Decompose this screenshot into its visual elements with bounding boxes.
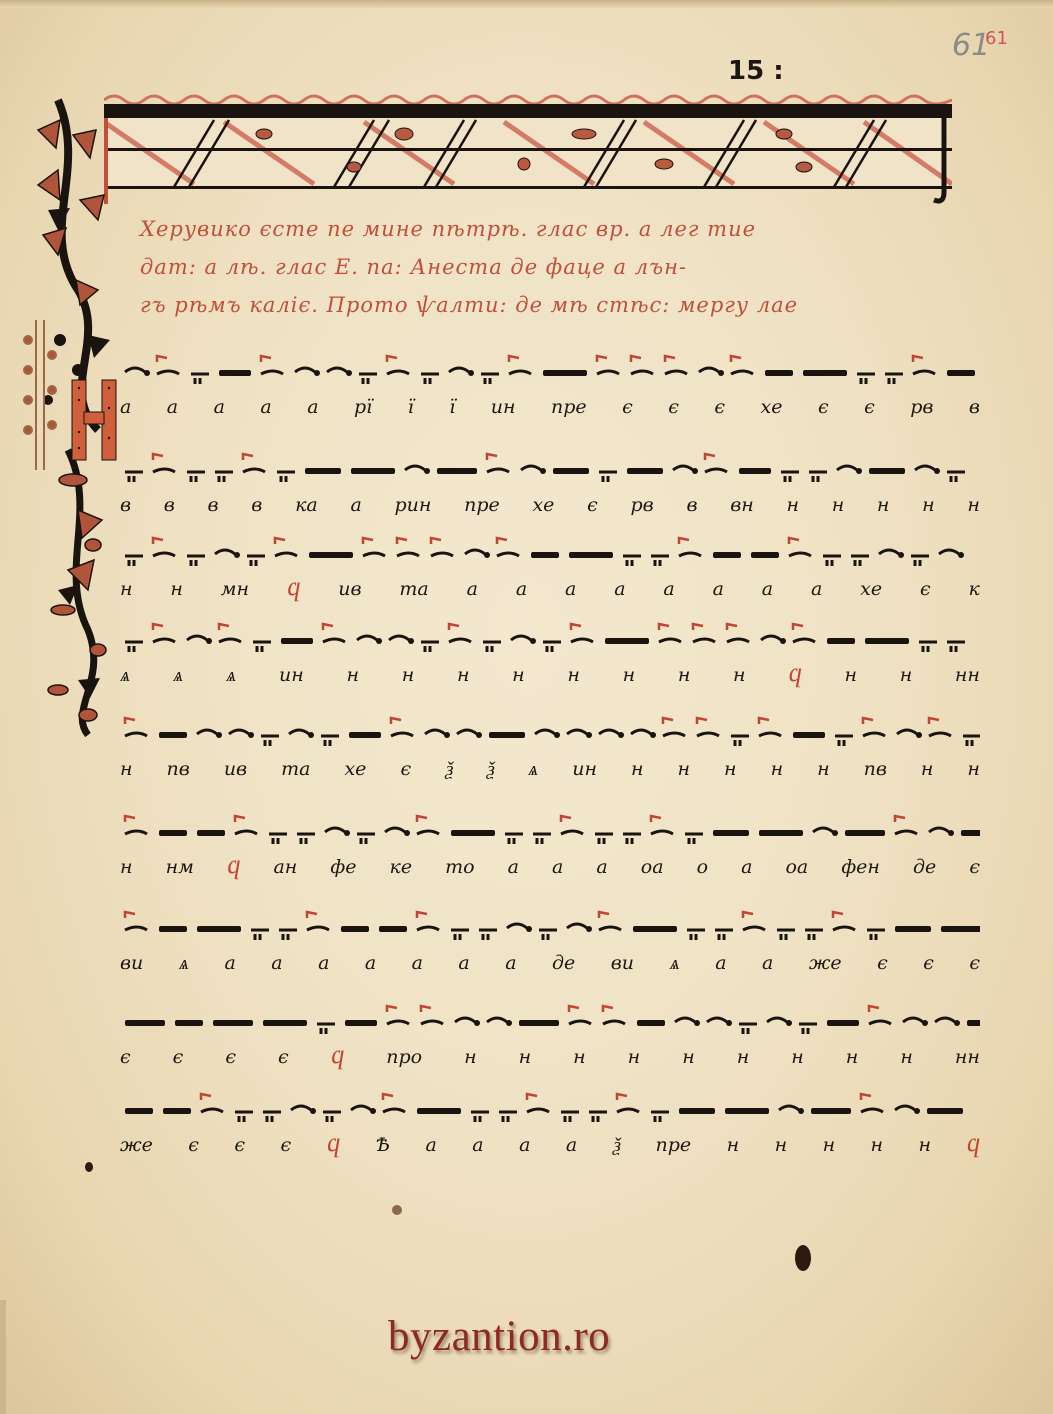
lyric-syllable: є (714, 396, 725, 418)
lyric-syllable: нн (955, 664, 980, 694)
lyric-syllable: є (234, 1134, 245, 1164)
lyric-syllable: а (271, 952, 282, 975)
lyric-syllable: н (464, 1046, 477, 1076)
lyric-syllable: н (120, 856, 133, 886)
lyric-line: виѧааааааадевиѧаажеєєє (120, 952, 980, 975)
lyric-syllable: ϥ (287, 578, 301, 608)
lyric-syllable: же (809, 952, 842, 975)
lyric-syllable: н (823, 1134, 836, 1164)
lyric-syllable: ѯ (613, 1134, 620, 1164)
lyric-syllable: ѧ (226, 664, 236, 694)
lyric-syllable: є (864, 396, 875, 418)
neumes-icon (120, 906, 980, 946)
lyric-line: єєєєϥпроннннннннннн (120, 1046, 980, 1076)
lyric-line: ааааарїїїинпреєєєхеєєрвв (120, 396, 980, 418)
lyric-syllable: а (472, 1134, 483, 1164)
lyric-syllable: нн (955, 1046, 980, 1076)
neume-line (120, 532, 980, 572)
lyric-syllable: н (921, 758, 934, 781)
lyric-syllable: в (969, 396, 980, 418)
neumes-icon (120, 618, 980, 658)
lyric-syllable: же (120, 1134, 153, 1164)
lyric-syllable: н (628, 1046, 641, 1076)
lyric-syllable: а (811, 578, 822, 608)
rubric-heading: Херувико єсте пе мине пѣтрѣ. глас вр. а … (140, 210, 1020, 324)
lyric-syllable: ї (449, 396, 455, 418)
lyric-syllable: н (347, 664, 360, 694)
rubric-line: дат: а лѣ. глас Е. па: Анеста де фаце а … (140, 248, 1020, 286)
lyric-syllable: в (686, 494, 697, 516)
neume-line (120, 1088, 980, 1128)
lyric-syllable: а (614, 578, 625, 608)
neumes-icon (120, 1000, 980, 1040)
lyric-syllable: а (350, 494, 361, 516)
lyric-syllable: н (832, 494, 845, 516)
lyric-syllable: ѧ (173, 664, 183, 694)
lyric-syllable: а (167, 396, 178, 418)
neumes-icon (120, 350, 980, 390)
lyric-syllable: н (737, 1046, 750, 1076)
rubric-line: Херувико єсте пе мине пѣтрѣ. глас вр. а … (140, 210, 1020, 248)
lyric-syllable: к (968, 578, 979, 608)
ink-stain (392, 1205, 402, 1215)
lyric-syllable: хе (860, 578, 882, 608)
lyric-syllable: а (467, 578, 478, 608)
lyric-syllable: пв (167, 758, 190, 781)
lyric-syllable: н (791, 1046, 804, 1076)
lyric-syllable: а (120, 396, 131, 418)
lyric-syllable: пре (551, 396, 587, 418)
lyric-syllable: рин (394, 494, 431, 516)
lyric-syllable: н (922, 494, 935, 516)
neume-line (120, 350, 980, 390)
ink-stain (85, 1162, 93, 1172)
lyric-syllable: мн (221, 578, 249, 608)
lyric-syllable: н (967, 758, 980, 781)
neumes-icon (120, 448, 980, 488)
lyric-syllable: є (969, 952, 980, 975)
lyric-syllable: н (771, 758, 784, 781)
lyric-syllable: н (512, 664, 525, 694)
lyric-syllable: а (663, 578, 674, 608)
lyric-syllable: н (844, 664, 857, 694)
lyric-syllable: а (741, 856, 752, 886)
lyric-syllable: де (552, 952, 575, 975)
lyric-syllable: ѯ (487, 758, 494, 781)
lyric-syllable: н (682, 1046, 695, 1076)
lyric-syllable: є (173, 1046, 184, 1076)
lyric-syllable: а (713, 578, 724, 608)
lyric-syllable: ѧ (669, 952, 679, 975)
neumes-icon (120, 810, 980, 850)
lyric-line: ннмнϥивтааааааааахеєк (120, 578, 980, 608)
lyric-syllable: а (565, 578, 576, 608)
lyric-syllable: є (923, 952, 934, 975)
lyric-syllable: фе (330, 856, 356, 886)
lyric-syllable: ѧ (528, 758, 538, 781)
lyric-syllable: н (900, 1046, 913, 1076)
lyric-syllable: рв (910, 396, 933, 418)
neume-line (120, 712, 980, 752)
lyric-syllable: а (762, 952, 773, 975)
lyric-syllable: та (281, 758, 310, 781)
page-edge (0, 1300, 6, 1414)
lyric-syllable: н (846, 1046, 859, 1076)
lyric-syllable: є (877, 952, 888, 975)
neume-line (120, 448, 980, 488)
lyric-syllable: ϥ (331, 1046, 345, 1076)
lyric-syllable: а (516, 578, 527, 608)
lyric-syllable: ї (408, 396, 414, 418)
lyric-syllable: н (631, 758, 644, 781)
lyric-syllable: ан (273, 856, 297, 886)
lyric-syllable: н (678, 758, 691, 781)
lyric-syllable: та (399, 578, 428, 608)
neumes-icon (120, 532, 980, 572)
lyric-syllable: Ѣ (376, 1134, 390, 1164)
lyric-syllable: а (412, 952, 423, 975)
lyric-syllable: є (587, 494, 598, 516)
lyric-syllable: є (400, 758, 411, 781)
lyric-line: нпвивтахеєѯѯѧиннннннпвнн (120, 758, 980, 781)
lyric-syllable: пре (656, 1134, 692, 1164)
lyric-syllable: про (386, 1046, 422, 1076)
lyric-syllable: н (724, 758, 737, 781)
lyric-syllable: то (445, 856, 474, 886)
lyric-syllable: ин (491, 396, 516, 418)
lyric-syllable: а (596, 856, 607, 886)
lyric-syllable: а (225, 952, 236, 975)
lyric-syllable: пре (464, 494, 500, 516)
lyric-syllable: а (307, 396, 318, 418)
lyric-syllable: є (920, 578, 931, 608)
lyric-syllable: н (402, 664, 415, 694)
lyric-syllable: н (967, 494, 980, 516)
lyric-syllable: хе (532, 494, 554, 516)
lyric-syllable: є (120, 1046, 131, 1076)
neume-line (120, 810, 980, 850)
lyric-syllable: ив (224, 758, 247, 781)
lyric-syllable: н (786, 494, 799, 516)
lyric-syllable: ѧ (120, 664, 130, 694)
lyric-syllable: хе (344, 758, 366, 781)
lyric-syllable: н (623, 664, 636, 694)
folio-number-ink: 15 : (728, 56, 784, 86)
lyric-syllable: в (120, 494, 131, 516)
lyric-syllable: рв (631, 494, 654, 516)
lyric-syllable: н (900, 664, 913, 694)
lyric-syllable: н (120, 578, 133, 608)
lyric-syllable: вн (730, 494, 754, 516)
lyric-syllable: є (278, 1046, 289, 1076)
lyric-syllable: де (913, 856, 936, 886)
neume-line (120, 618, 980, 658)
lyric-line: ввввкааринпрехеєрвввнннннн (120, 494, 980, 516)
lyric-syllable: а (318, 952, 329, 975)
lyric-syllable: в (164, 494, 175, 516)
lyric-syllable: а (365, 952, 376, 975)
lyric-syllable: а (458, 952, 469, 975)
rubric-line: гъ рѣмъ каліє. Прото ѱалти: де мѣ стѣс: … (140, 286, 1020, 324)
lyric-syllable: ϥ (788, 664, 802, 694)
lyric-syllable: н (120, 758, 133, 781)
lyric-syllable: н (727, 1134, 740, 1164)
lyric-syllable: а (508, 856, 519, 886)
ornament-band-icon (104, 92, 952, 204)
neumes-icon (120, 1088, 980, 1128)
folio-number-red: 61 (985, 28, 1008, 49)
lyric-syllable: є (969, 856, 980, 886)
lyric-syllable: а (566, 1134, 577, 1164)
lyric-syllable: а (260, 396, 271, 418)
neumes-icon (120, 712, 980, 752)
lyric-syllable: ин (572, 758, 597, 781)
lyric-syllable: ϥ (327, 1134, 341, 1164)
lyric-syllable: є (818, 396, 829, 418)
lyric-syllable: н (678, 664, 691, 694)
headpiece-ornament (104, 92, 952, 204)
lyric-syllable: н (871, 1134, 884, 1164)
illuminated-initial-icon (70, 378, 120, 462)
lyric-syllable: н (567, 664, 580, 694)
lyric-syllable: ив (338, 578, 361, 608)
lyric-syllable: а (214, 396, 225, 418)
lyric-syllable: ке (390, 856, 413, 886)
lyric-syllable: а (552, 856, 563, 886)
lyric-line: ннмϥанфекетоаааоаоаоафендеє (120, 856, 980, 886)
lyric-line: ѧѧѧинннннннннϥнннн (120, 664, 980, 694)
lyric-syllable: є (281, 1134, 292, 1164)
lyric-syllable: є (668, 396, 679, 418)
lyric-syllable: ка (295, 494, 318, 516)
lyric-syllable: о (697, 856, 708, 886)
lyric-syllable: ѧ (179, 952, 189, 975)
lyric-syllable: хе (761, 396, 783, 418)
lyric-syllable: пв (864, 758, 887, 781)
neume-line (120, 906, 980, 946)
lyric-line: жеєєєϥѢааааѯпренннннϥ (120, 1134, 980, 1164)
lyric-syllable: ϥ (966, 1134, 980, 1164)
lyric-syllable: рї (354, 396, 372, 418)
lyric-syllable: є (622, 396, 633, 418)
lyric-syllable: н (457, 664, 470, 694)
lyric-syllable: а (762, 578, 773, 608)
lyric-syllable: н (573, 1046, 586, 1076)
lyric-syllable: н (170, 578, 183, 608)
lyric-syllable: а (519, 1134, 530, 1164)
lyric-syllable: н (775, 1134, 788, 1164)
lyric-syllable: нм (166, 856, 194, 886)
lyric-syllable: н (733, 664, 746, 694)
lyric-syllable: ϥ (227, 856, 241, 886)
lyric-syllable: в (208, 494, 219, 516)
lyric-syllable: а (715, 952, 726, 975)
lyric-syllable: н (877, 494, 890, 516)
lyric-syllable: оа (641, 856, 664, 886)
page-edge (0, 0, 1053, 8)
lyric-syllable: н (919, 1134, 932, 1164)
lyric-syllable: ви (120, 952, 143, 975)
lyric-syllable: н (519, 1046, 532, 1076)
lyric-syllable: фен (841, 856, 880, 886)
lyric-syllable: ин (279, 664, 304, 694)
lyric-syllable: н (817, 758, 830, 781)
initial-letter (70, 378, 120, 462)
lyric-syllable: а (505, 952, 516, 975)
lyric-syllable: є (225, 1046, 236, 1076)
neume-line (120, 1000, 980, 1040)
lyric-syllable: в (251, 494, 262, 516)
lyric-syllable: є (188, 1134, 199, 1164)
ink-stain (795, 1245, 811, 1271)
watermark: byzantion.ro (388, 1312, 610, 1361)
lyric-syllable: а (426, 1134, 437, 1164)
lyric-syllable: оа (785, 856, 808, 886)
lyric-syllable: ви (611, 952, 634, 975)
lyric-syllable: ѯ (445, 758, 452, 781)
